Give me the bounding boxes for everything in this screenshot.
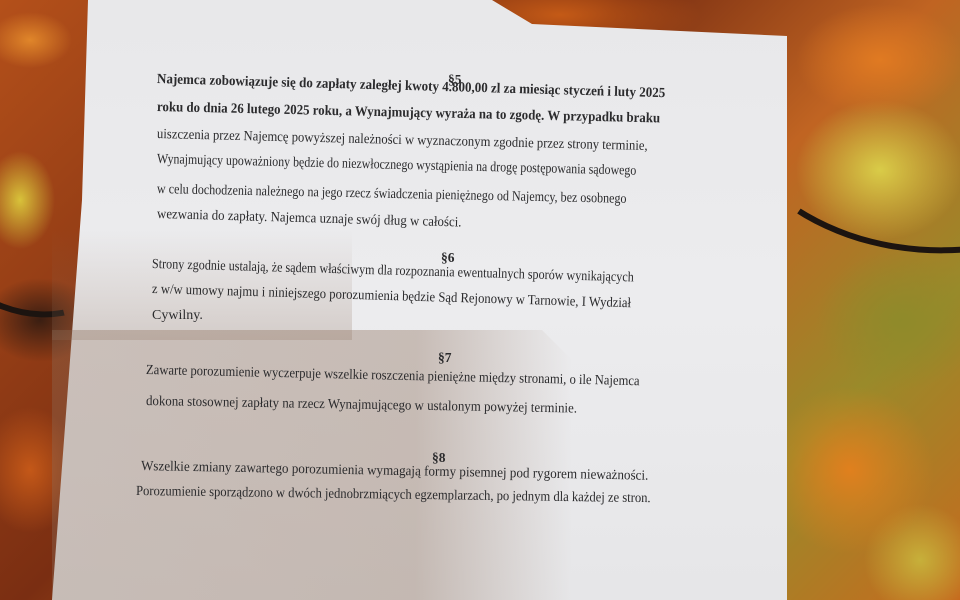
section-heading-6: §6 bbox=[441, 250, 455, 266]
document-text: §5 Najemca zobowiązuje się do zapłaty za… bbox=[0, 0, 960, 600]
section-5-line: w celu dochodzenia należnego na jego rze… bbox=[157, 182, 627, 208]
section-heading-8: §8 bbox=[432, 450, 446, 466]
section-6-line: Strony zgodnie ustalają, że sądem właści… bbox=[152, 257, 634, 286]
section-5-line: roku do dnia 26 lutego 2025 roku, a Wyna… bbox=[157, 100, 660, 127]
section-5-line: Wynajmujący upoważniony będzie do niezwł… bbox=[157, 152, 637, 180]
section-5-line: uiszczenia przez Najemcę powyższej należ… bbox=[157, 127, 648, 155]
section-8-line: Porozumienie sporządzono w dwóch jednobr… bbox=[136, 484, 651, 507]
section-8-line: Wszelkie zmiany zawartego porozumienia w… bbox=[141, 459, 649, 485]
section-7-line: dokona stosownej zapłaty na rzecz Wynajm… bbox=[146, 394, 577, 418]
section-7-line: Zawarte porozumienie wyczerpuje wszelkie… bbox=[146, 363, 640, 390]
section-6-line: Cywilny. bbox=[152, 308, 203, 324]
section-5-line: wezwania do zapłaty. Najemca uznaje swój… bbox=[157, 207, 462, 231]
section-heading-7: §7 bbox=[438, 350, 452, 366]
section-5-line: Najemca zobowiązuje się do zapłaty zaleg… bbox=[157, 72, 666, 102]
section-6-line: z w/w umowy najmu i niniejszego porozumi… bbox=[152, 282, 632, 312]
